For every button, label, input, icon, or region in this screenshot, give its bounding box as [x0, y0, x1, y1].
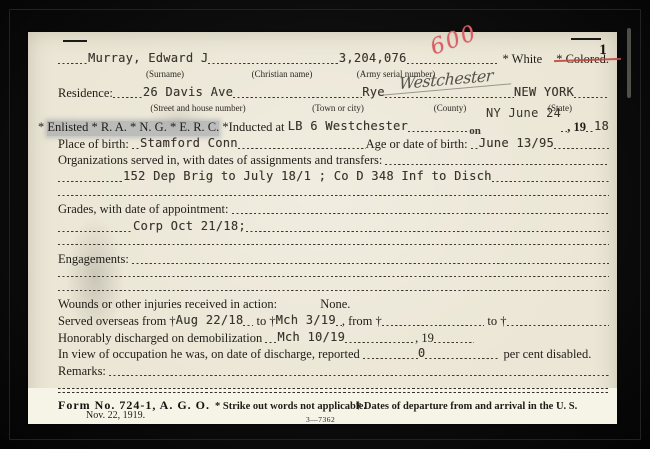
dotted-line — [233, 94, 362, 98]
wounds-label: Wounds or other injuries received in act… — [58, 298, 280, 313]
blank-line-row — [58, 281, 609, 295]
double-rule-top — [58, 388, 609, 389]
street-caption: (Street and house number) — [150, 103, 245, 113]
disability-percent-field: 0 — [418, 347, 426, 363]
print-code: 3—7362 — [306, 415, 335, 424]
overseas-row: Served overseas from † Aug 22/18 to † Mc… — [58, 312, 609, 330]
dotted-line — [382, 322, 485, 326]
serial-number-field: 3,204,076 — [339, 52, 407, 68]
dotted-line — [58, 178, 123, 182]
dotted-line — [132, 145, 140, 149]
street-field: 26 Davis Ave — [143, 86, 233, 102]
organizations-value-row: 152 Dep Brig to July 18/1 ; Co D 348 Inf… — [58, 168, 609, 186]
dotted-line — [471, 145, 479, 149]
induction-date-field: NY June 24 — [486, 106, 561, 120]
organizations-field: 152 Dep Brig to July 18/1 ; Co D 348 Inf… — [123, 170, 492, 186]
county-caption: (County) — [434, 103, 467, 113]
residence-label: Residence: — [58, 87, 113, 102]
wounds-value: None. — [320, 298, 350, 313]
options-star: * — [38, 121, 47, 136]
top-right-tick — [571, 38, 601, 40]
overseas-to2-label: to † — [484, 315, 506, 330]
blank-line-row — [58, 235, 609, 249]
double-rule-bottom — [58, 392, 609, 393]
christian-name-caption: (Christian name) — [252, 69, 313, 79]
top-left-tick — [63, 40, 87, 42]
blank-line-row — [58, 267, 609, 281]
dotted-line — [132, 260, 609, 264]
dotted-line — [238, 145, 366, 149]
scan-edge-artifact — [627, 28, 631, 98]
dotted-line — [58, 60, 88, 64]
surname-field: Murray, Edward J — [88, 52, 208, 68]
town-caption: (Town or city) — [312, 103, 364, 113]
grades-label-row: Grades, with date of appointment: — [58, 200, 609, 218]
race-colored-label-struck: * Colored. — [556, 53, 609, 68]
dotted-line — [58, 228, 133, 232]
dotted-line — [58, 192, 609, 196]
dotted-line — [243, 322, 253, 326]
dotted-line — [109, 372, 609, 376]
induction-date-wrap: on NY June 24 — [467, 81, 561, 137]
birth-row: Place of birth: Stamford Conn Age or dat… — [58, 133, 609, 153]
dotted-line — [58, 287, 609, 291]
dotted-line — [425, 355, 500, 359]
grades-value-row: Corp Oct 21/18; — [58, 218, 609, 236]
form-date: Nov. 22, 1919. — [86, 410, 145, 421]
dotted-line — [434, 339, 474, 343]
dagger-note: † Dates of departure from and arrival in… — [356, 401, 577, 412]
dotted-line — [232, 210, 609, 214]
grades-field: Corp Oct 21/18; — [133, 220, 246, 236]
dotted-line — [408, 128, 467, 132]
name-sublabels: (Surname) (Christian name) (Army serial … — [58, 69, 609, 80]
wounds-row: Wounds or other injuries received in act… — [58, 295, 609, 313]
organizations-label: Organizations served in, with dates of a… — [58, 154, 385, 169]
disability-prefix-label: In view of occupation he was, on date of… — [58, 348, 363, 363]
dotted-line — [385, 161, 609, 165]
dotted-line — [58, 241, 609, 245]
dotted-line — [507, 322, 610, 326]
disability-suffix-label: per cent disabled. — [500, 348, 591, 363]
organizations-label-row: Organizations served in, with dates of a… — [58, 151, 609, 169]
remarks-row: Remarks: — [58, 362, 609, 380]
dotted-line — [113, 94, 143, 98]
grades-label: Grades, with date of appointment: — [58, 203, 232, 218]
engagements-label: Engagements: — [58, 253, 132, 268]
dotted-line — [407, 60, 497, 64]
dotted-line — [363, 355, 418, 359]
surname-caption: (Surname) — [146, 69, 184, 79]
name-row: Murray, Edward J 3,204,076 * White * Col… — [58, 46, 609, 68]
dotted-line — [492, 178, 609, 182]
dotted-line — [58, 273, 609, 277]
overseas-to-label: to † — [253, 315, 275, 330]
dotted-line — [265, 339, 277, 343]
overseas-prefix-label: Served overseas from — [58, 315, 169, 330]
engagements-row: Engagements: — [58, 250, 609, 268]
overseas-to-field: Mch 3/19 — [276, 314, 336, 330]
dotted-line — [246, 228, 609, 232]
overseas-from2-label: , from † — [342, 315, 382, 330]
dotted-line — [554, 145, 609, 149]
remarks-label: Remarks: — [58, 365, 109, 380]
strike-out-note: * Strike out words not applicable. — [215, 401, 366, 412]
overseas-from-field: Aug 22/18 — [176, 314, 244, 330]
disability-row: In view of occupation he was, on date of… — [58, 345, 609, 363]
dotted-line — [586, 128, 594, 132]
blank-line-row — [58, 186, 609, 200]
service-record-card: 1 600 Murray, Edward J 3,204,076 * White… — [28, 32, 617, 424]
form-footer: Form No. 724-1, A. G. O. Nov. 22, 1919. … — [58, 398, 609, 422]
dotted-line — [345, 339, 415, 343]
dotted-line — [208, 60, 338, 64]
dotted-line — [574, 94, 609, 98]
